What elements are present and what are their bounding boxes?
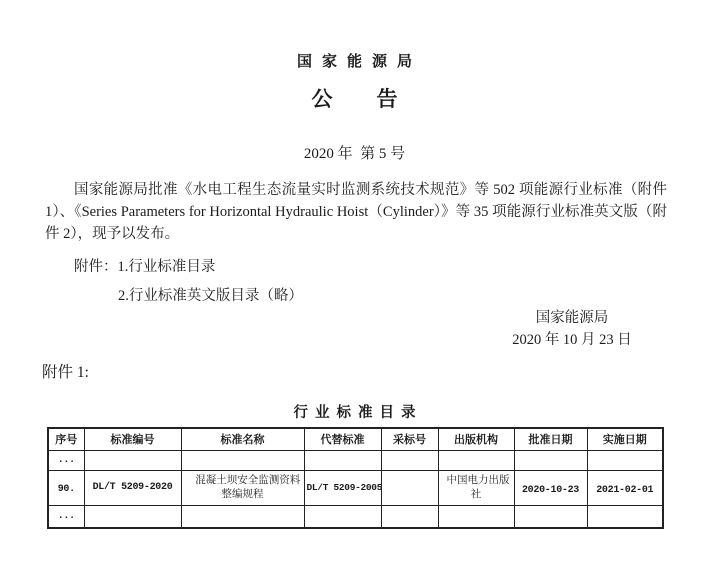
cell-impl-date: 2021-02-01: [587, 470, 663, 505]
notice-title: 公告: [0, 83, 709, 113]
cell-approval-date: 2020-10-23: [514, 470, 587, 505]
cell-publisher: 中国电力出版社: [438, 470, 514, 505]
cell-replaces: [304, 450, 381, 470]
cell-std-no: [84, 505, 181, 528]
cell-approval-date: [514, 505, 587, 528]
cell-adopt-no: [381, 450, 438, 470]
cell-std-no: DL/T 5209-2020: [84, 470, 181, 505]
cell-name: [181, 450, 304, 470]
signature-date: 2020 年 10 月 23 日: [447, 333, 697, 348]
column-header-impl-date: 实施日期: [587, 428, 663, 450]
table-header-row: 序号 标准编号 标准名称 代替标准 采标号 出版机构 批准日期 实施日期: [48, 428, 663, 450]
document-page: 国家能源局 公告 2020 年 第 5 号 国家能源局批准《水电工程生态流量实时…: [0, 0, 709, 586]
cell-seq: ...: [48, 505, 84, 528]
cell-replaces: [304, 505, 381, 528]
column-header-seq: 序号: [48, 428, 84, 450]
attachments-list: 附件：1.行业标准目录 2.行业标准英文版目录（略）: [45, 260, 303, 304]
cell-publisher: [438, 450, 514, 470]
cell-replaces: DL/T 5209-2005: [304, 470, 381, 505]
cell-adopt-no: [381, 505, 438, 528]
issue-number: 2020 年 第 5 号: [0, 142, 709, 163]
cell-adopt-no: [381, 470, 438, 505]
column-header-replaces: 代替标准: [304, 428, 381, 450]
cell-publisher: [438, 505, 514, 528]
attachment-item-2: 2.行业标准英文版目录（略）: [45, 289, 303, 304]
cell-impl-date: [587, 505, 663, 528]
signature-block: 国家能源局 2020 年 10 月 23 日: [447, 311, 697, 348]
column-header-name: 标准名称: [181, 428, 304, 450]
cell-approval-date: [514, 450, 587, 470]
column-header-std-no: 标准编号: [84, 428, 181, 450]
cell-seq: 90.: [48, 470, 84, 505]
table-row: ...: [48, 450, 663, 470]
attachment1-heading: 附件 1:: [42, 360, 89, 382]
standards-table: 序号 标准编号 标准名称 代替标准 采标号 出版机构 批准日期 实施日期 ...: [47, 427, 664, 529]
signature-name: 国家能源局: [447, 311, 697, 326]
table-row: 90. DL/T 5209-2020 混凝土坝安全监测资料整编规程 DL/T 5…: [48, 470, 663, 505]
cell-std-no: [84, 450, 181, 470]
column-header-adopt-no: 采标号: [381, 428, 438, 450]
column-header-approval-date: 批准日期: [514, 428, 587, 450]
table-row: ...: [48, 505, 663, 528]
cell-name: [181, 505, 304, 528]
cell-seq: ...: [48, 450, 84, 470]
table-title: 行业标准目录: [0, 401, 709, 422]
cell-impl-date: [587, 450, 663, 470]
agency-heading: 国家能源局: [0, 50, 709, 71]
body-paragraph: 国家能源局批准《水电工程生态流量实时监测系统技术规范》等 502 项能源行业标准…: [45, 179, 667, 245]
attachment-item-1: 附件：1.行业标准目录: [45, 260, 303, 275]
cell-name: 混凝土坝安全监测资料整编规程: [181, 470, 304, 505]
column-header-publisher: 出版机构: [438, 428, 514, 450]
